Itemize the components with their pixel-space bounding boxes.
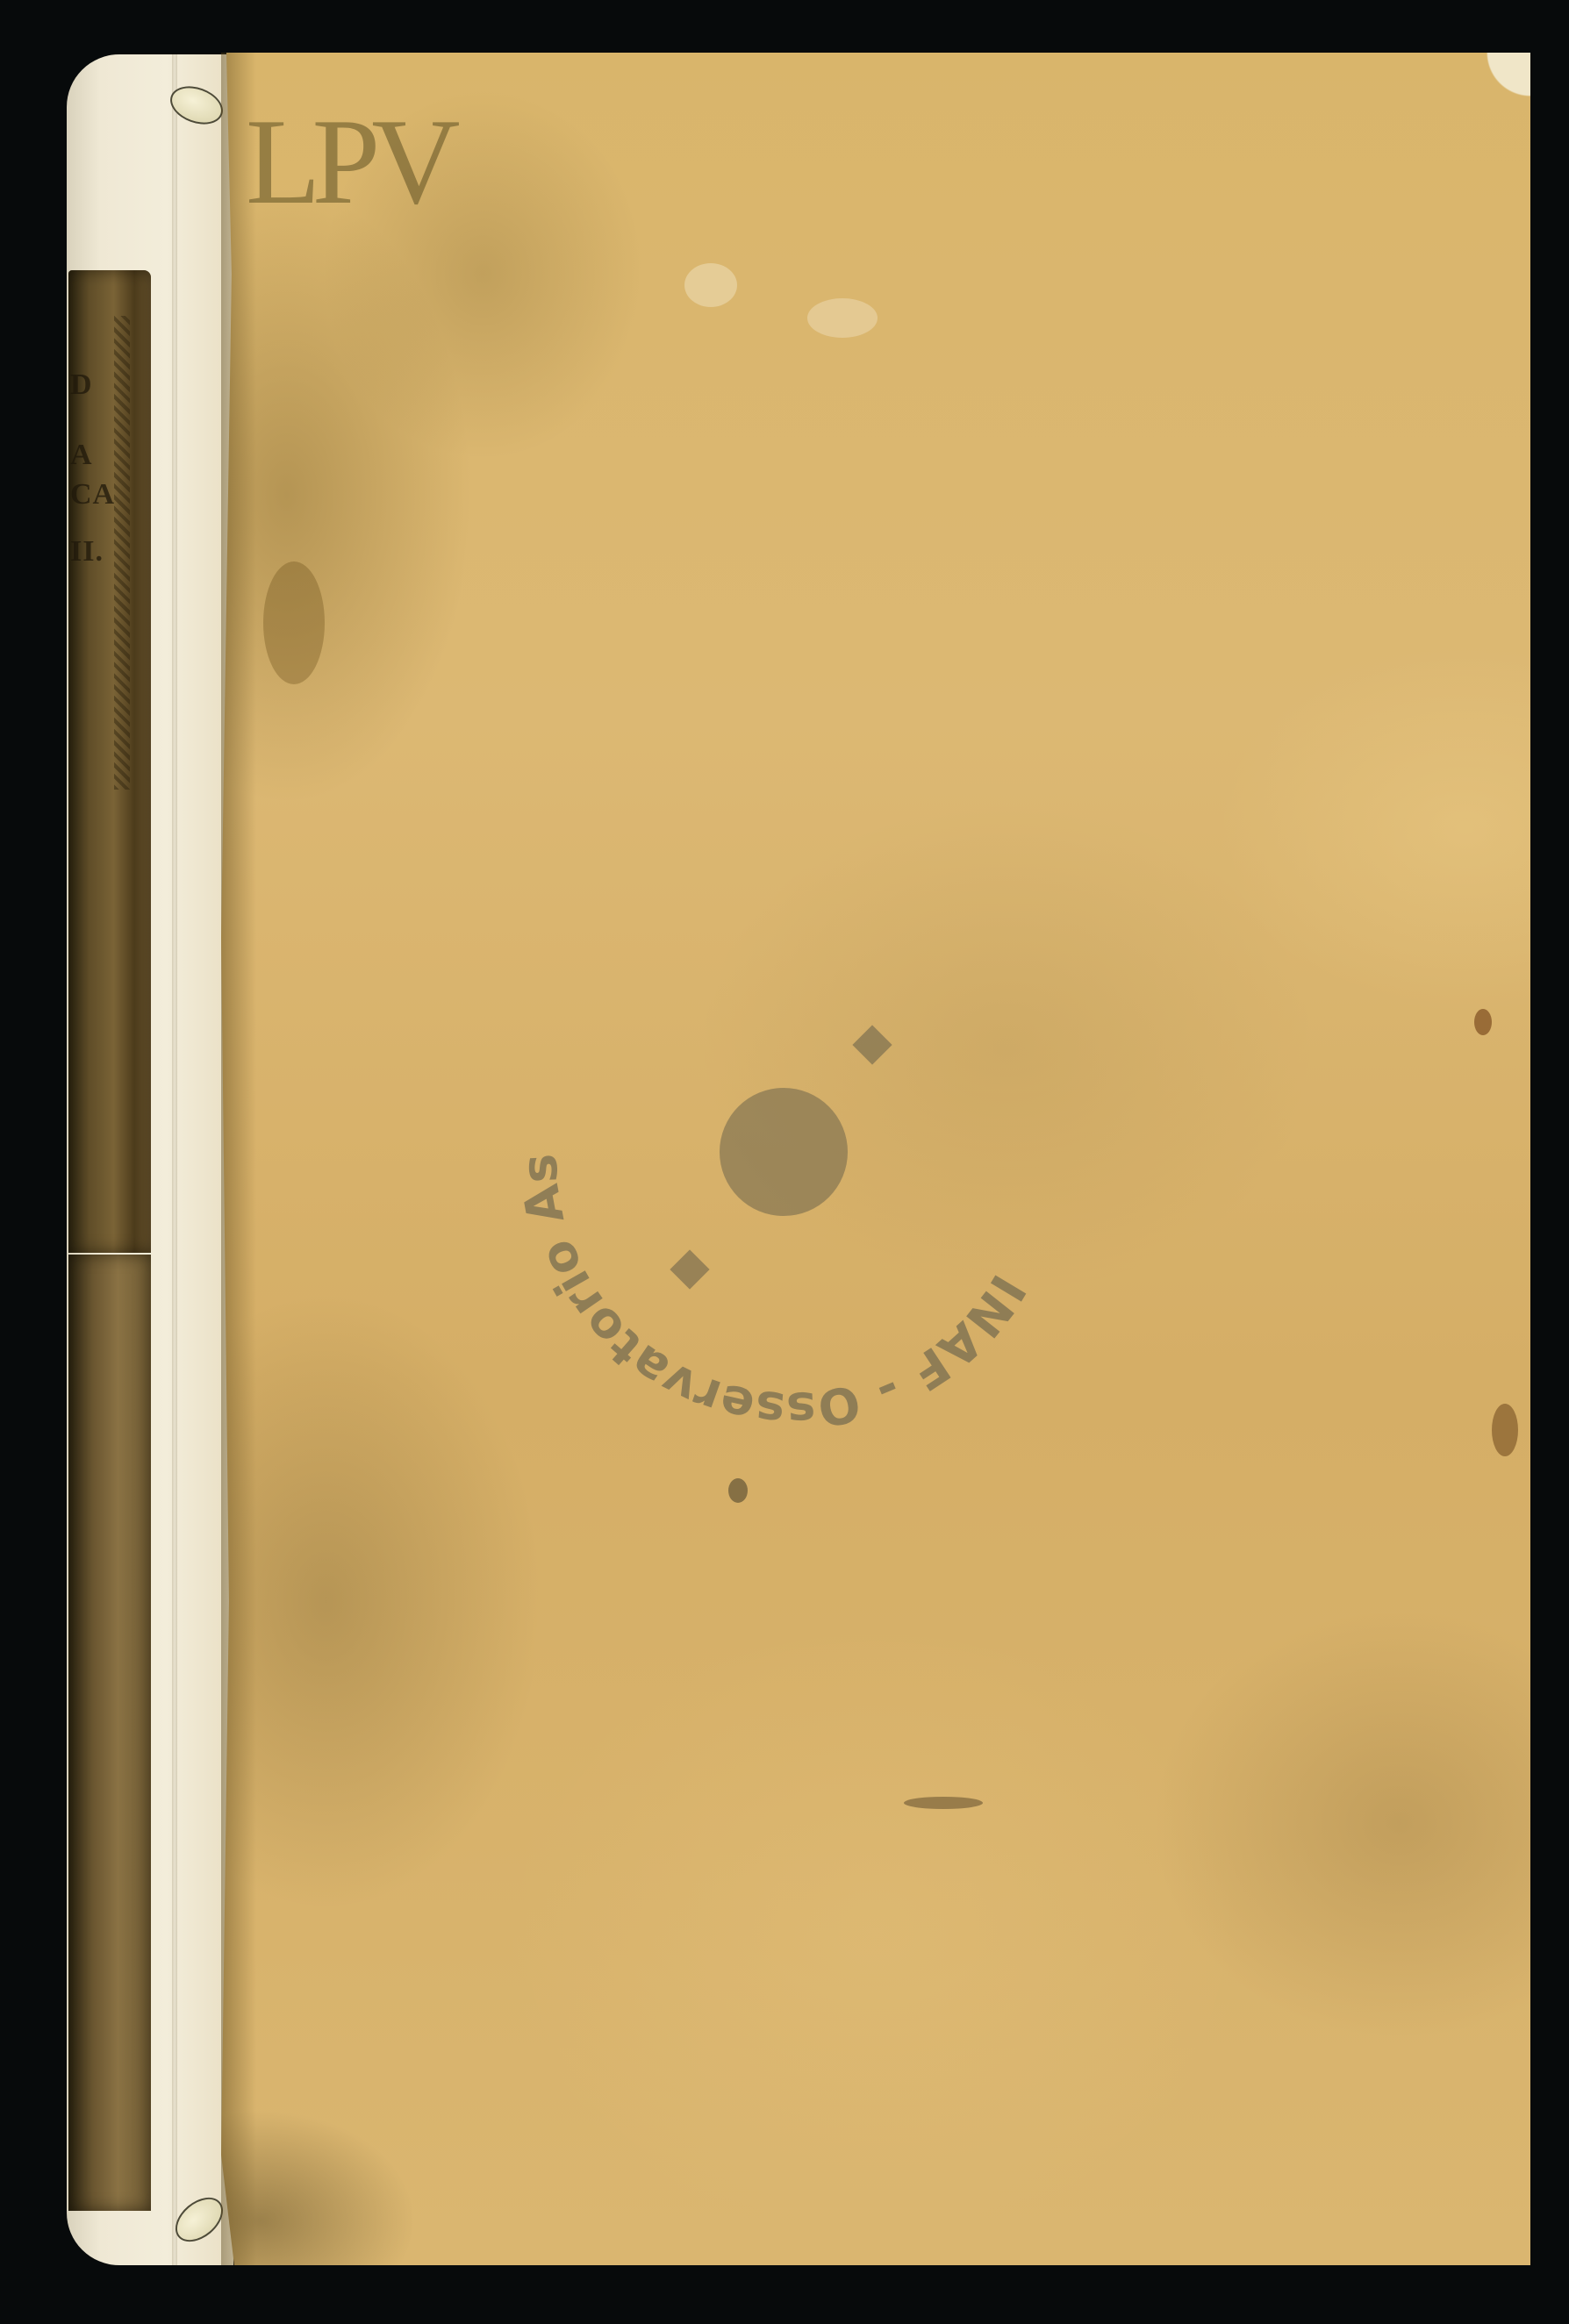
stain (1492, 1404, 1518, 1456)
library-watermark: INAF - Osservatorio Astronomico di Capod… (511, 877, 1072, 1439)
stain (684, 263, 737, 307)
spine-text-fragment: A (70, 439, 114, 472)
offset-ink-mark: LPV (246, 88, 439, 237)
stain (728, 1478, 748, 1503)
watermark-diamond (852, 1025, 892, 1064)
stain (904, 1797, 983, 1809)
stain (1474, 1009, 1492, 1035)
cover-edge-shade (221, 53, 256, 2265)
watermark-center-disc (720, 1088, 848, 1216)
spine-ornament (114, 316, 130, 790)
book: D A CA II. LPV INAF - Osservatorio Astro… (0, 0, 1569, 2324)
spine-text-fragment: CA (70, 478, 114, 511)
spine-groove (172, 54, 177, 2265)
spine-text-fragment: D (70, 368, 114, 402)
spine-label-upper (68, 270, 151, 1253)
stain (263, 561, 325, 684)
watermark-ring: INAF - Osservatorio Astronomico di Capod… (511, 877, 1072, 1439)
corner-wear (1483, 53, 1530, 105)
spine-text-fragment: II. (70, 535, 114, 568)
watermark-diamond (670, 1249, 709, 1289)
stain (807, 298, 878, 338)
spine-label-lower (68, 1255, 151, 2211)
